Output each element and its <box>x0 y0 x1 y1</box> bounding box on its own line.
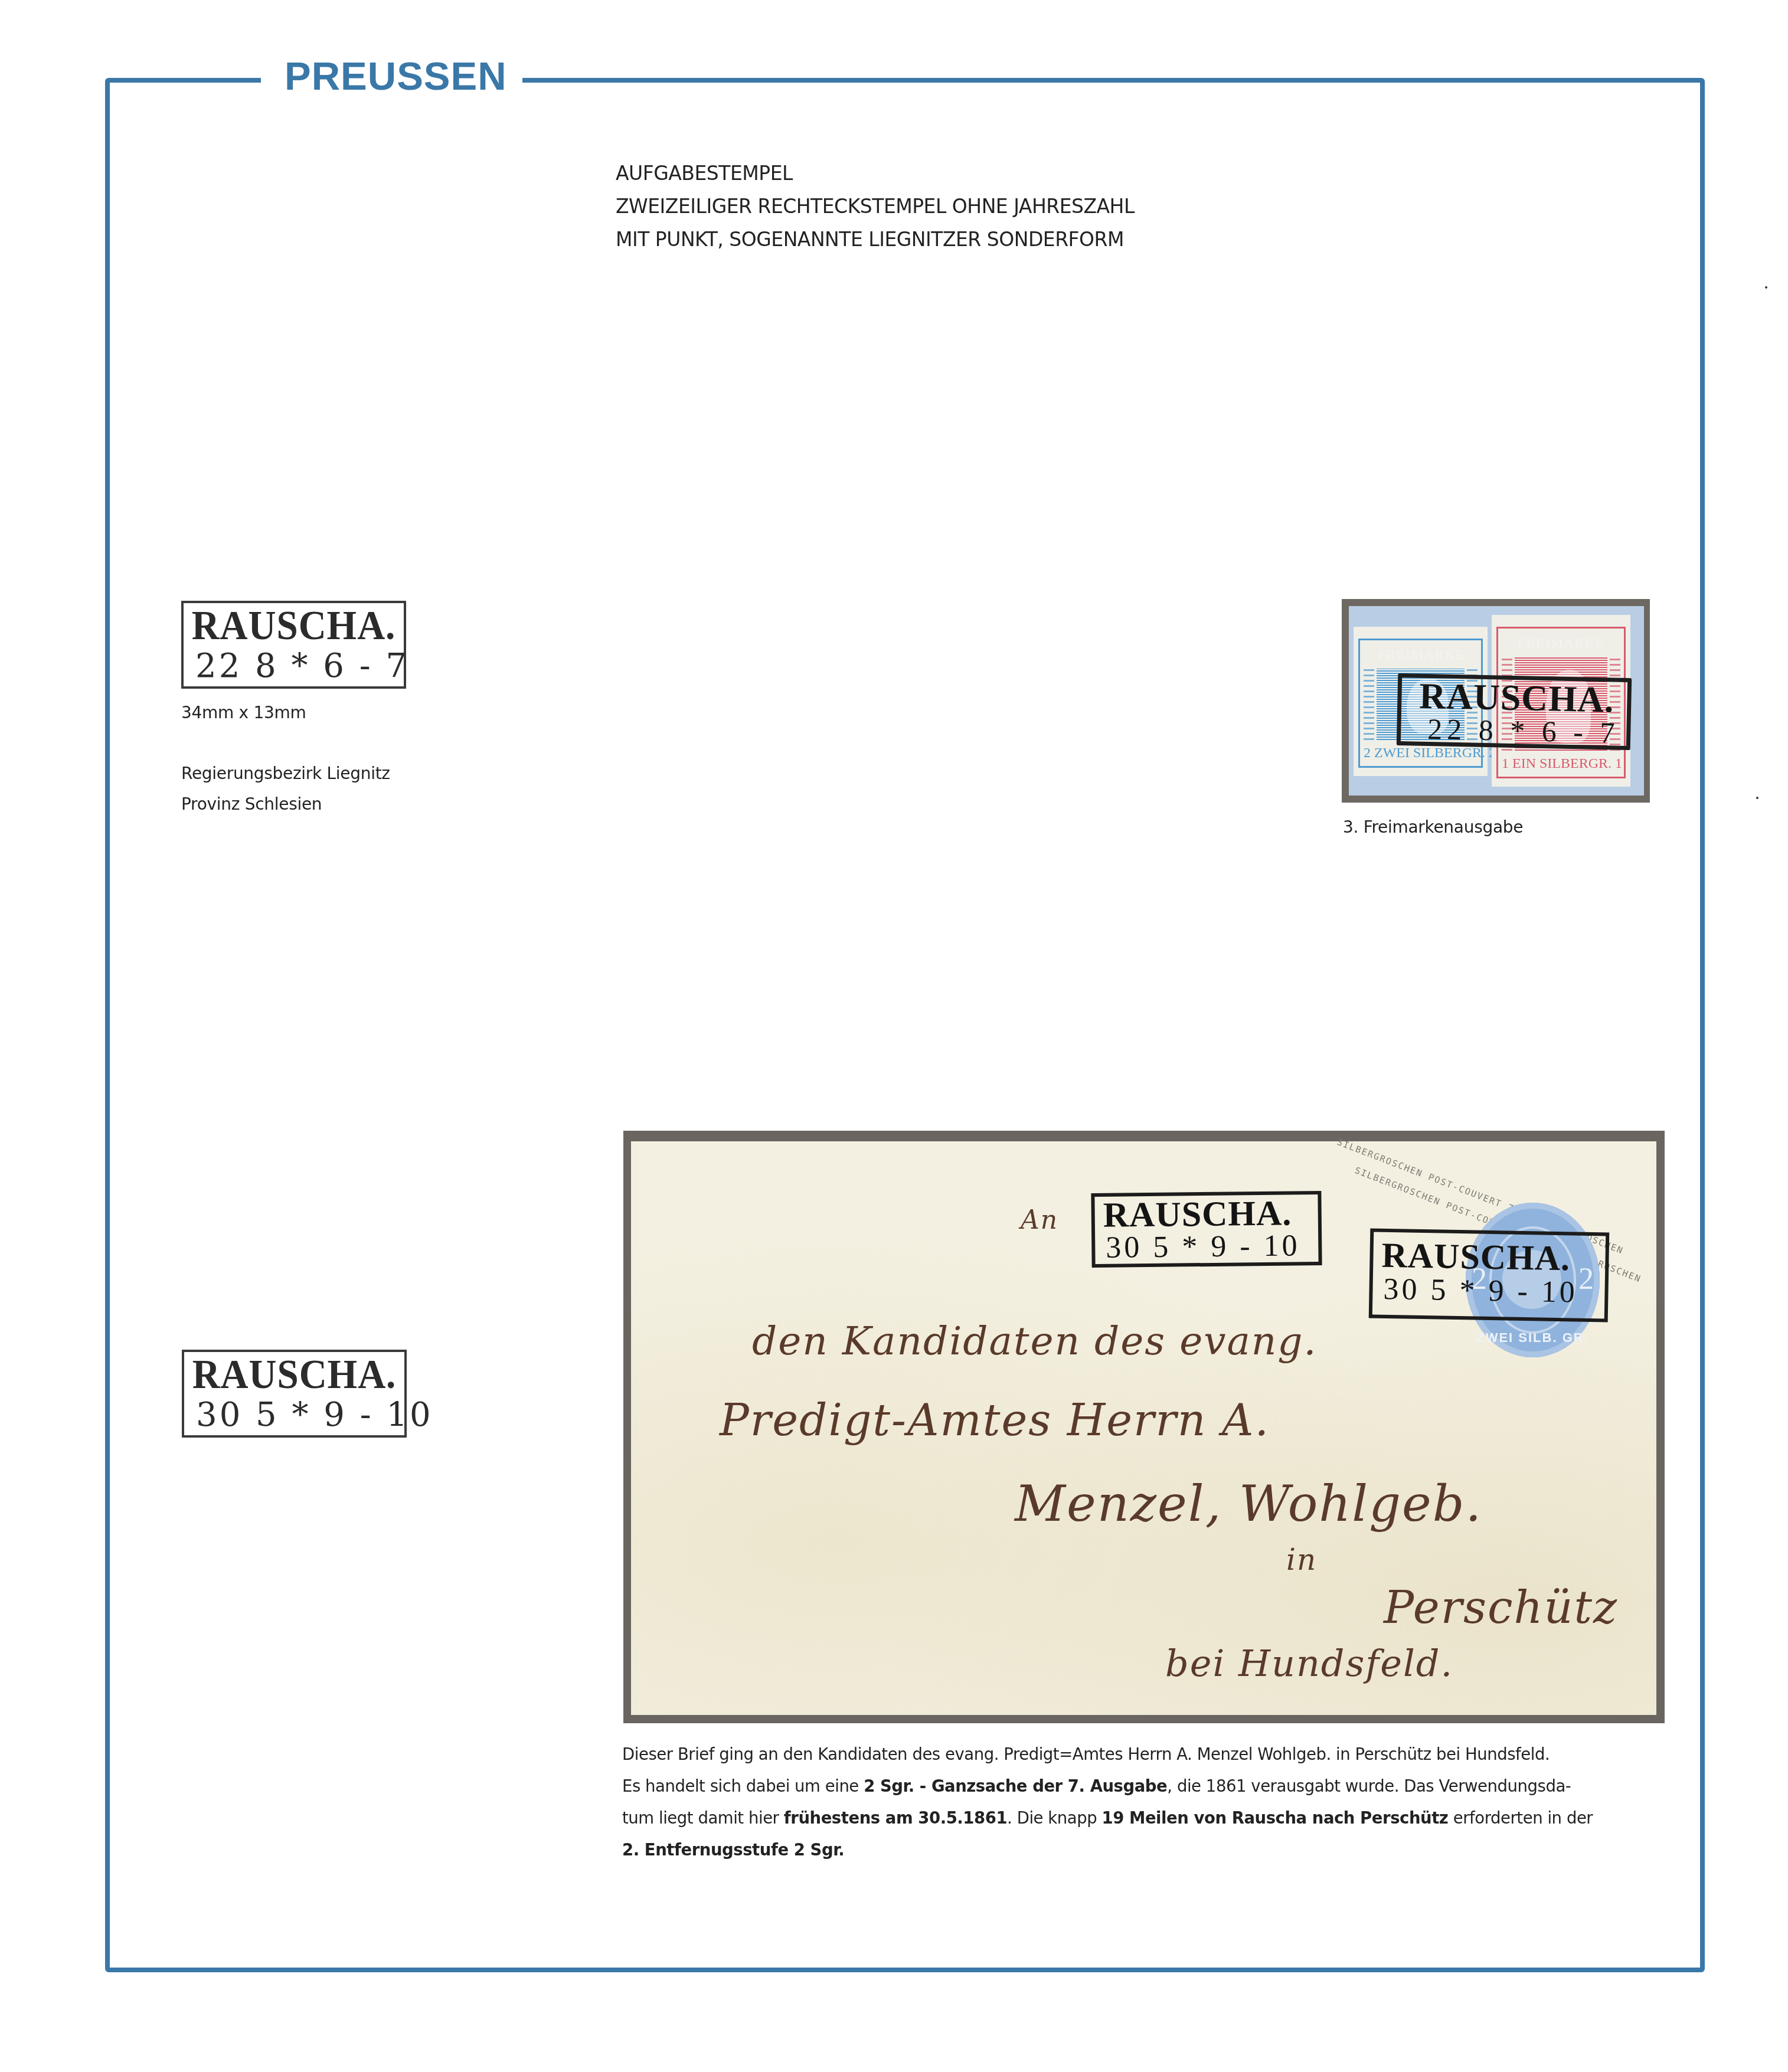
postmark-town: RAUSCHA. <box>192 1353 397 1397</box>
section-heading: AUFGABESTEMPEL ZWEIZEILIGER RECHTECKSTEM… <box>616 157 1135 256</box>
stamp-top-label: FREIMARKE <box>1518 636 1605 651</box>
address-line-4: in <box>1286 1543 1317 1577</box>
scan-speck <box>1765 286 1767 289</box>
caption-line-1: Dieser Brief ging an den Kandidaten des … <box>622 1739 1661 1770</box>
heading-line-1: AUFGABESTEMPEL <box>616 157 1135 190</box>
stamp-top-label: FREIMARKE <box>1378 647 1465 663</box>
postmark-province: Provinz Schlesien <box>181 791 322 818</box>
postmark-date: 30 5 * 9 - 10 <box>1106 1229 1300 1265</box>
postmark-reference-2: RAUSCHA. 30 5 * 9 - 10 <box>182 1350 407 1438</box>
caption-bold: frühestens am 30.5.1861 <box>784 1809 1007 1828</box>
envelope-postmark-1: RAUSCHA. 30 5 * 9 - 10 <box>1091 1191 1322 1268</box>
caption-text: , die 1861 verausgabt wurde. Das Verwend… <box>1167 1777 1571 1796</box>
address-line-6: bei Hundsfeld. <box>1165 1642 1453 1685</box>
envelope-caption: Dieser Brief ging an den Kandidaten des … <box>622 1739 1661 1866</box>
caption-bold: 2. Entfernugsstufe 2 Sgr. <box>622 1841 844 1860</box>
address-line-2: Predigt-Amtes Herrn A. <box>720 1395 1270 1446</box>
address-line-5: Perschütz <box>1384 1581 1618 1634</box>
postmark-date: 30 5 * 9 - 10 <box>1383 1272 1578 1310</box>
scan-speck <box>1756 797 1758 799</box>
stamp-bottom-label: 1 EIN SILBERGR. 1 <box>1502 754 1620 773</box>
heading-line-2: ZWEIZEILIGER RECHTECKSTEMPEL OHNE JAHRES… <box>616 190 1135 223</box>
postmark-town: RAUSCHA. <box>1381 1236 1571 1278</box>
cancel-date: 22 8 * 6 - 7 <box>1427 712 1620 749</box>
heading-line-3: MIT PUNKT, SOGENANNTE LIEGNITZER SONDERF… <box>616 223 1135 256</box>
stamp-piece: FREIMARKE 2 ZWEI SILBERGR. 2 FREIMARKE 1… <box>1349 606 1644 796</box>
postmark-reference-1: RAUSCHA. 22 8 * 6 - 7 <box>181 601 406 689</box>
postmark-town: RAUSCHA. <box>1103 1193 1292 1234</box>
caption-bold: 2 Sgr. - Ganzsache der 7. Ausgabe <box>864 1777 1167 1796</box>
caption-text: Es handelt sich dabei um eine <box>622 1777 864 1796</box>
postmark-town: RAUSCHA. <box>191 604 396 648</box>
address-prefix: An <box>1021 1205 1058 1235</box>
caption-line-3: tum liegt damit hier frühestens am 30.5.… <box>622 1802 1661 1834</box>
cancel-postmark: RAUSCHA. 22 8 * 6 - 7 <box>1397 673 1632 750</box>
page-title: PREUSSEN <box>285 55 500 98</box>
caption-line-2: Es handelt sich dabei um eine 2 Sgr. - G… <box>622 1770 1661 1802</box>
caption-text: tum liegt damit hier <box>622 1809 784 1828</box>
postmark-size: 34mm x 13mm <box>181 699 306 726</box>
stamp-denomination-text: ZWEI SILB. GR. <box>1466 1330 1600 1346</box>
caption-text: erforderten in der <box>1448 1809 1593 1828</box>
envelope: SILBERGROSCHEN POST-COUVERT ZWEI SILBERG… <box>631 1141 1656 1715</box>
envelope-mount: SILBERGROSCHEN POST-COUVERT ZWEI SILBERG… <box>623 1131 1665 1723</box>
caption-line-4: 2. Entfernugsstufe 2 Sgr. <box>622 1834 1661 1866</box>
caption-bold: 19 Meilen von Rauscha nach Perschütz <box>1102 1809 1449 1828</box>
postmark-district: Regierungsbezirk Liegnitz <box>181 760 390 787</box>
address-line-1: den Kandidaten des evang. <box>752 1318 1318 1364</box>
postmark-date: 22 8 * 6 - 7 <box>195 648 398 685</box>
envelope-postmark-2: RAUSCHA. 30 5 * 9 - 10 <box>1369 1228 1610 1322</box>
postmark-date: 30 5 * 9 - 10 <box>196 1397 398 1433</box>
caption-text: . Die knapp <box>1007 1809 1101 1828</box>
stamp-piece-mount: FREIMARKE 2 ZWEI SILBERGR. 2 FREIMARKE 1… <box>1342 599 1650 803</box>
address-line-3: Menzel, Wohlgeb. <box>1015 1475 1482 1533</box>
stamp-caption: 3. Freimarkenausgabe <box>1343 816 1523 839</box>
